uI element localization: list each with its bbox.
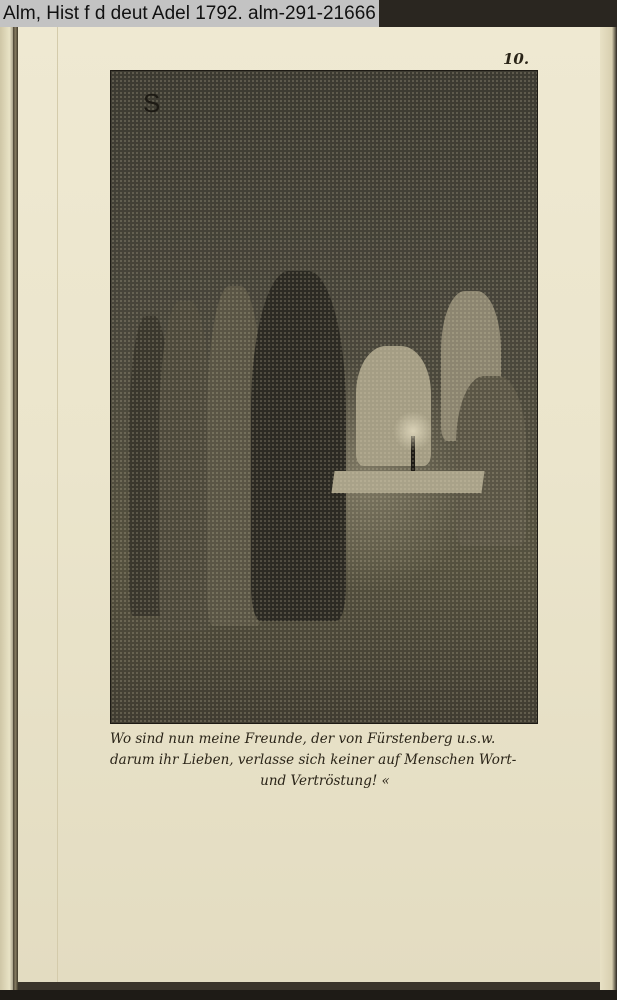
engraving-texture: [111, 71, 537, 723]
page-edge-right: [600, 27, 617, 990]
caption-line-3: und Vertröstung! «: [110, 771, 540, 792]
page-number: 10.: [503, 50, 529, 68]
engraving-caption: Wo sind nun meine Freunde, der von Fürst…: [110, 729, 540, 792]
caption-line-2: darum ihr Lieben, verlasse sich keiner a…: [110, 750, 540, 771]
overlay-mark: S: [143, 88, 160, 119]
engraving-illustration: S: [110, 70, 538, 724]
book-page: 10. S Wo sind nun meine Freunde, der von…: [18, 27, 610, 982]
page-fold-line: [57, 27, 58, 982]
image-title: Alm, Hist f d deut Adel 1792. alm-291-21…: [0, 0, 379, 27]
book-scan: 10. S Wo sind nun meine Freunde, der von…: [0, 27, 617, 990]
title-bar: Alm, Hist f d deut Adel 1792. alm-291-21…: [0, 0, 617, 27]
caption-line-1: Wo sind nun meine Freunde, der von Fürst…: [110, 729, 540, 750]
